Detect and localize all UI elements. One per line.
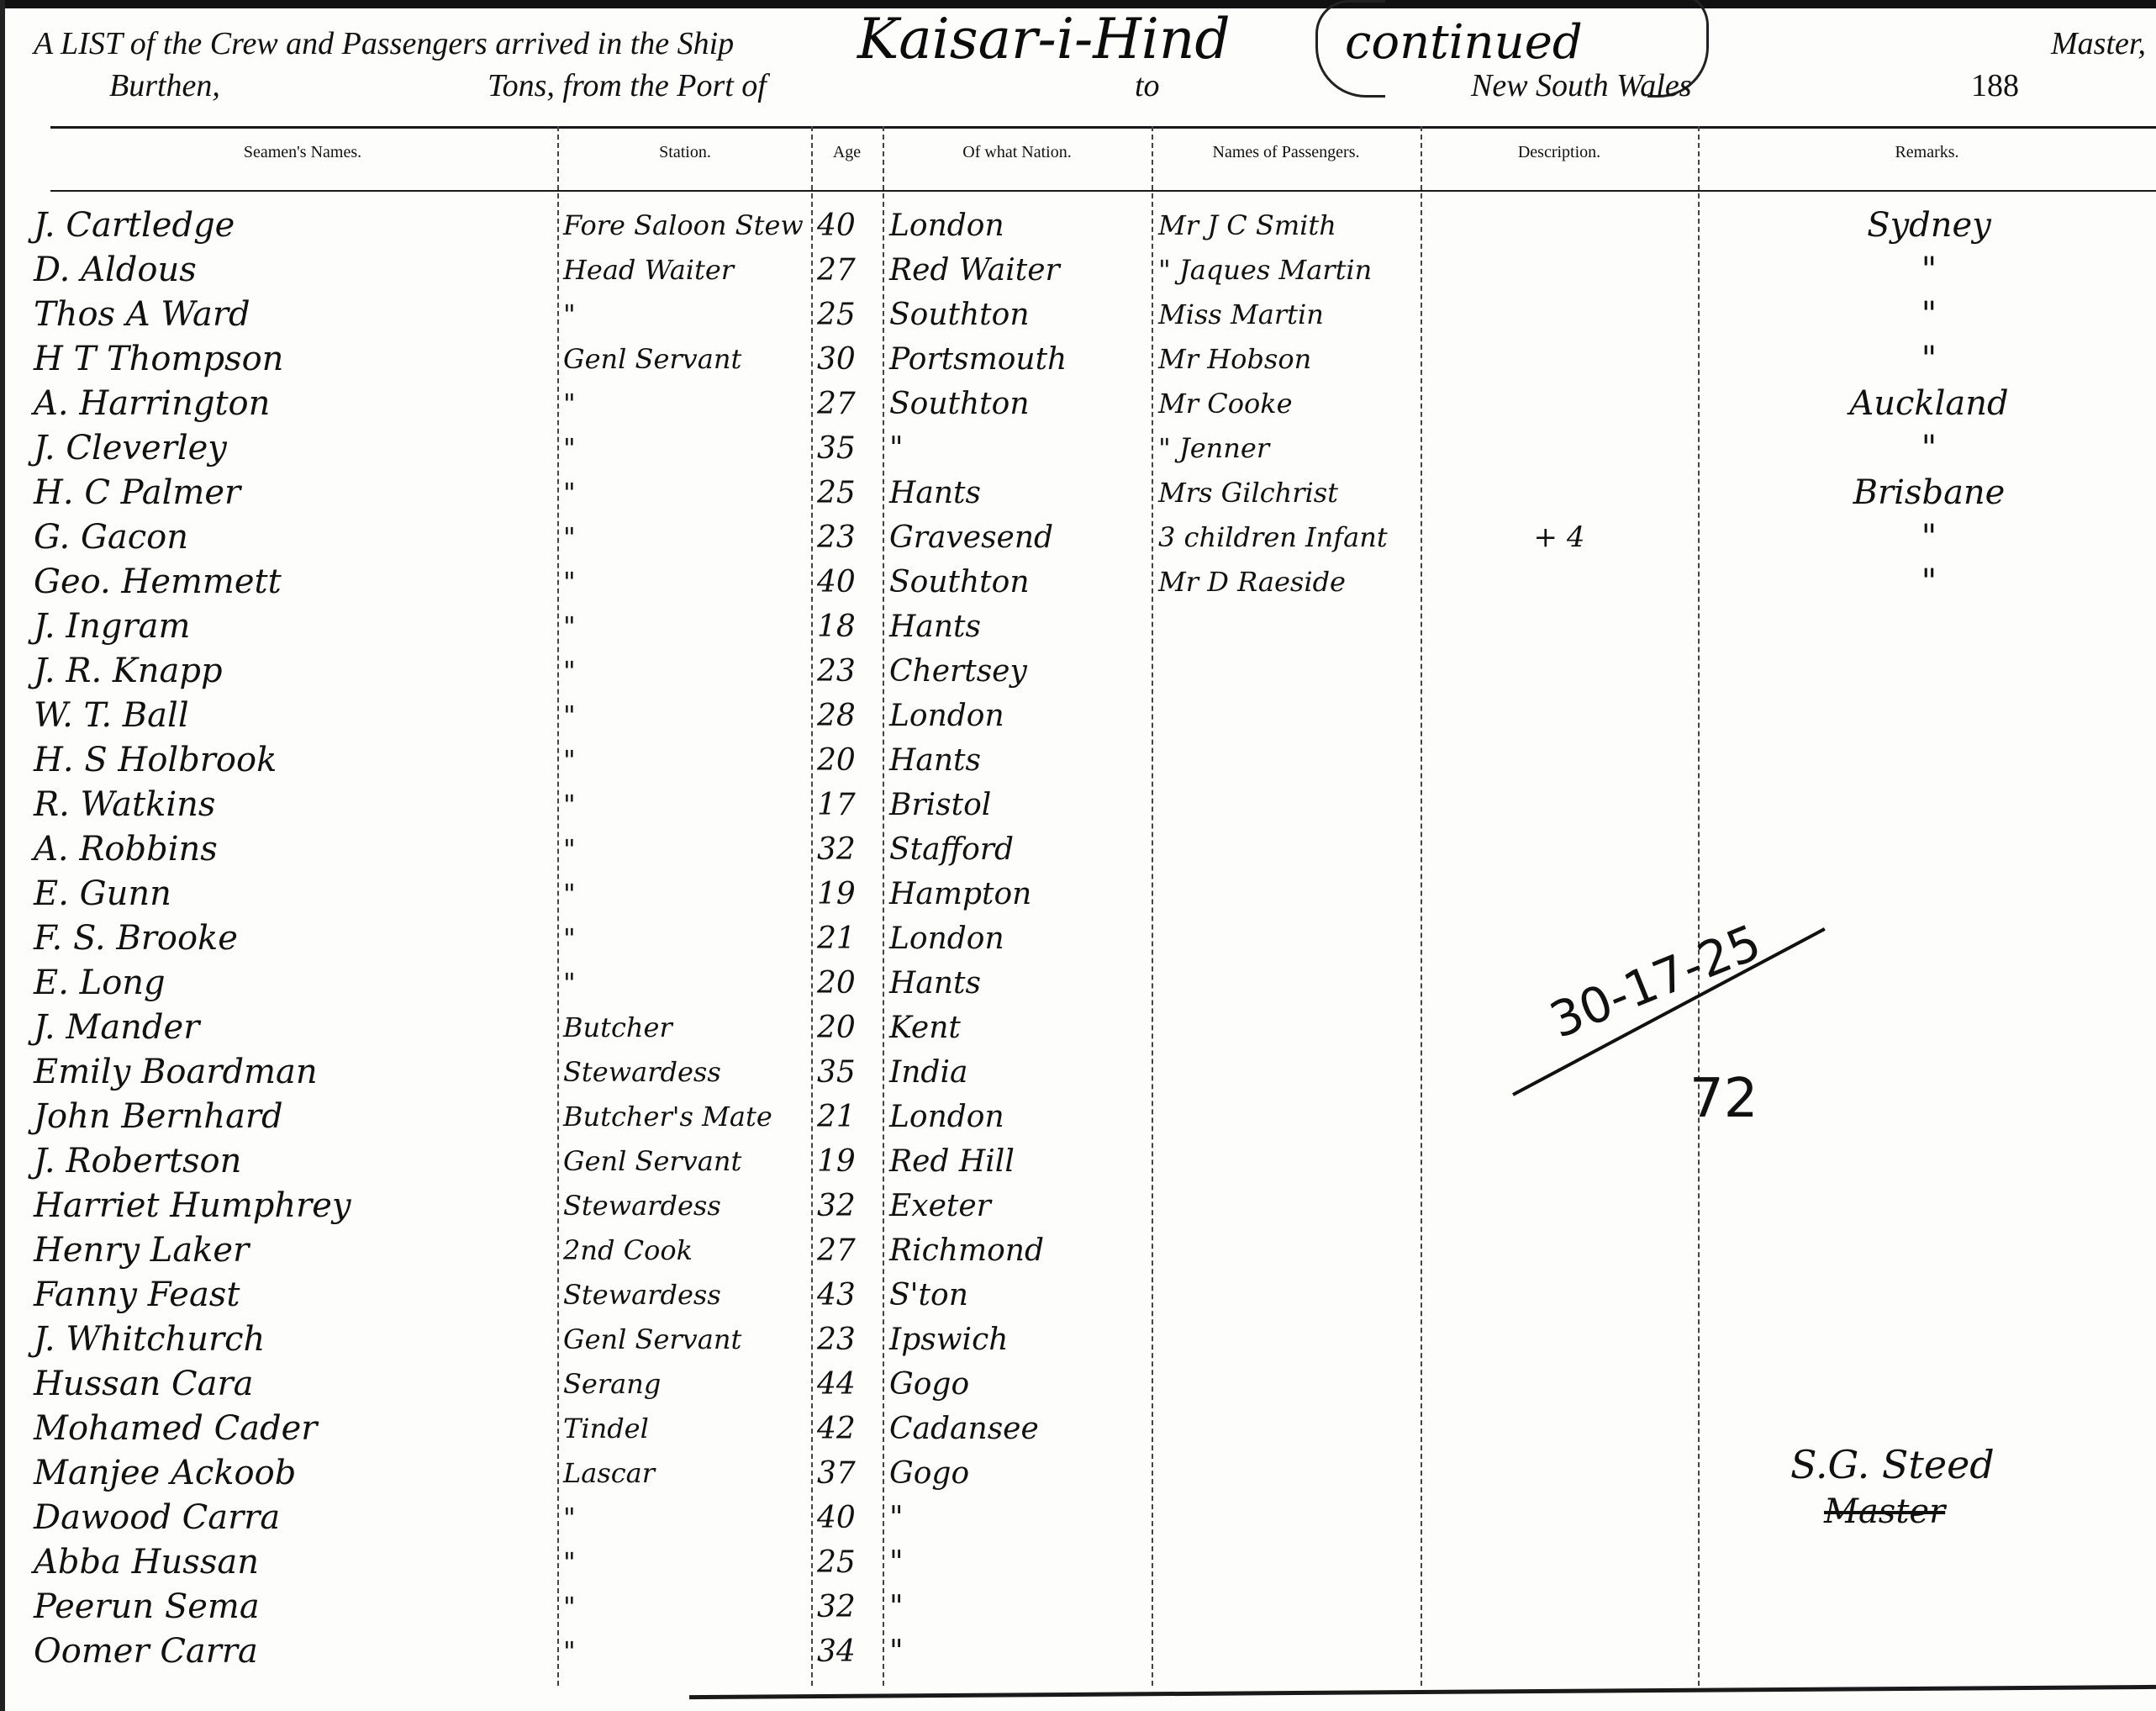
age-cell: 32: [817, 1184, 880, 1228]
description-cell: [1429, 605, 1689, 649]
passenger-name-cell: [1158, 1184, 1419, 1228]
ship-note: continued: [1345, 15, 1583, 70]
tons-label: Tons, from the Port of: [488, 67, 767, 104]
seaman-name-cell: J. Whitchurch: [34, 1318, 546, 1362]
description-cell: [1429, 872, 1689, 916]
passenger-name-cell: [1158, 1318, 1419, 1362]
station-cell: Lascar: [563, 1451, 807, 1496]
station-cell: ": [563, 1585, 807, 1629]
description-cell: + 4: [1429, 515, 1689, 560]
description-cell: [1429, 1184, 1689, 1228]
age-cell: 42: [817, 1407, 880, 1451]
year-prefix: 188: [1971, 67, 2019, 104]
col-age: Age: [811, 143, 883, 162]
age-cell: 17: [817, 783, 880, 827]
bottom-rule: [689, 1685, 2156, 1699]
passenger-name-cell: [1158, 1362, 1419, 1407]
passenger-name-cell: [1158, 694, 1419, 738]
col-description: Description.: [1421, 143, 1698, 162]
seaman-name-cell: E. Long: [34, 961, 546, 1006]
passenger-name-cell: Mr Cooke: [1158, 382, 1419, 426]
seaman-name-cell: Harriet Humphrey: [34, 1184, 546, 1228]
remarks-cell: [1706, 1184, 2152, 1228]
tally-total: 72: [1689, 1068, 1758, 1130]
description-cell: [1429, 560, 1689, 605]
age-cell: 25: [817, 1540, 880, 1585]
station-cell: Stewardess: [563, 1273, 807, 1318]
table-row: Henry Laker2nd Cook27Richmond: [0, 1228, 2156, 1273]
nation-cell: India: [889, 1050, 1150, 1095]
remarks-cell: Sydney: [1706, 203, 2152, 248]
passenger-name-cell: 3 children Infant: [1158, 515, 1419, 560]
remarks-cell: ": [1706, 248, 2152, 293]
passenger-name-cell: [1158, 1050, 1419, 1095]
description-cell: [1429, 426, 1689, 471]
list-title: A LIST of the Crew and Passengers arrive…: [34, 25, 734, 62]
station-cell: Serang: [563, 1362, 807, 1407]
seaman-name-cell: A. Robbins: [34, 827, 546, 872]
station-cell: ": [563, 783, 807, 827]
passenger-name-cell: [1158, 1407, 1419, 1451]
nation-cell: Cadansee: [889, 1407, 1150, 1451]
seaman-name-cell: Oomer Carra: [34, 1629, 546, 1674]
remarks-cell: ": [1706, 293, 2152, 337]
remarks-cell: [1706, 1006, 2152, 1050]
station-cell: Stewardess: [563, 1184, 807, 1228]
header-rule: [50, 126, 2156, 129]
nation-cell: Red Waiter: [889, 248, 1150, 293]
age-cell: 32: [817, 1585, 880, 1629]
station-cell: ": [563, 961, 807, 1006]
passenger-name-cell: Mrs Gilchrist: [1158, 471, 1419, 515]
seaman-name-cell: J. Ingram: [34, 605, 546, 649]
table-row: G. Gacon"23Gravesend3 children Infant+ 4…: [0, 515, 2156, 560]
to-label: to: [1135, 67, 1160, 104]
description-cell: [1429, 1407, 1689, 1451]
burthen-label: Burthen,: [109, 67, 220, 104]
table-row: Fanny FeastStewardess43S'ton: [0, 1273, 2156, 1318]
age-cell: 20: [817, 1006, 880, 1050]
age-cell: 43: [817, 1273, 880, 1318]
seaman-name-cell: D. Aldous: [34, 248, 546, 293]
nation-cell: London: [889, 1095, 1150, 1139]
nation-cell: ": [889, 1540, 1150, 1585]
table-row: J. R. Knapp"23Chertsey: [0, 649, 2156, 694]
passenger-name-cell: " Jaques Martin: [1158, 248, 1419, 293]
seaman-name-cell: Henry Laker: [34, 1228, 546, 1273]
seaman-name-cell: Fanny Feast: [34, 1273, 546, 1318]
age-cell: 44: [817, 1362, 880, 1407]
passenger-name-cell: Miss Martin: [1158, 293, 1419, 337]
nation-cell: ": [889, 1585, 1150, 1629]
description-cell: [1429, 1362, 1689, 1407]
remarks-cell: [1706, 738, 2152, 783]
seaman-name-cell: J. Robertson: [34, 1139, 546, 1184]
station-cell: ": [563, 1629, 807, 1674]
remarks-cell: [1706, 961, 2152, 1006]
seaman-name-cell: Thos A Ward: [34, 293, 546, 337]
remarks-cell: [1706, 827, 2152, 872]
age-cell: 23: [817, 1318, 880, 1362]
col-remarks: Remarks.: [1698, 143, 2156, 162]
remarks-cell: [1706, 1139, 2152, 1184]
station-cell: ": [563, 916, 807, 961]
passenger-name-cell: [1158, 1273, 1419, 1318]
age-cell: 21: [817, 916, 880, 961]
table-row: Peerun Sema"32": [0, 1585, 2156, 1629]
table-row: J. WhitchurchGenl Servant23Ipswich: [0, 1318, 2156, 1362]
table-row: F. S. Brooke"21London: [0, 916, 2156, 961]
col-station: Station.: [559, 143, 811, 162]
remarks-cell: [1706, 1228, 2152, 1273]
nation-cell: Gravesend: [889, 515, 1150, 560]
age-cell: 23: [817, 515, 880, 560]
description-cell: [1429, 783, 1689, 827]
remarks-cell: ": [1706, 560, 2152, 605]
nation-cell: Ipswich: [889, 1318, 1150, 1362]
seaman-name-cell: Mohamed Cader: [34, 1407, 546, 1451]
table-row: R. Watkins"17Bristol: [0, 783, 2156, 827]
seaman-name-cell: Geo. Hemmett: [34, 560, 546, 605]
station-cell: Genl Servant: [563, 1139, 807, 1184]
nation-cell: Kent: [889, 1006, 1150, 1050]
nation-cell: Gogo: [889, 1362, 1150, 1407]
table-row: Thos A Ward"25SouthtonMiss Martin": [0, 293, 2156, 337]
nation-cell: Gogo: [889, 1451, 1150, 1496]
nation-cell: Hants: [889, 738, 1150, 783]
remarks-cell: ": [1706, 337, 2152, 382]
age-cell: 27: [817, 382, 880, 426]
description-cell: [1429, 1095, 1689, 1139]
passenger-name-cell: [1158, 1228, 1419, 1273]
age-cell: 19: [817, 1139, 880, 1184]
table-row: Abba Hussan"25": [0, 1540, 2156, 1585]
seaman-name-cell: Manjee Ackoob: [34, 1451, 546, 1496]
age-cell: 27: [817, 248, 880, 293]
station-cell: ": [563, 560, 807, 605]
table-row: Emily BoardmanStewardess35India: [0, 1050, 2156, 1095]
table-row: E. Gunn"19Hampton: [0, 872, 2156, 916]
seaman-name-cell: Peerun Sema: [34, 1585, 546, 1629]
table-row: John BernhardButcher's Mate21London: [0, 1095, 2156, 1139]
nation-cell: Chertsey: [889, 649, 1150, 694]
description-cell: [1429, 1451, 1689, 1496]
ship-name: Kaisar-i-Hind: [857, 7, 1231, 71]
age-cell: 40: [817, 1496, 880, 1540]
passenger-name-cell: [1158, 605, 1419, 649]
table-row: Geo. Hemmett"40SouthtonMr D Raeside": [0, 560, 2156, 605]
passenger-name-cell: [1158, 872, 1419, 916]
description-cell: [1429, 382, 1689, 426]
remarks-cell: [1706, 1362, 2152, 1407]
table-row: E. Long"20Hants: [0, 961, 2156, 1006]
passenger-name-cell: Mr Hobson: [1158, 337, 1419, 382]
age-cell: 25: [817, 471, 880, 515]
description-cell: [1429, 1050, 1689, 1095]
station-cell: Head Waiter: [563, 248, 807, 293]
nation-cell: Southton: [889, 293, 1150, 337]
seaman-name-cell: W. T. Ball: [34, 694, 546, 738]
passenger-name-cell: [1158, 783, 1419, 827]
passenger-name-cell: [1158, 827, 1419, 872]
age-cell: 35: [817, 426, 880, 471]
col-seamen-names: Seamen's Names.: [50, 143, 555, 162]
description-cell: [1429, 1139, 1689, 1184]
description-cell: [1429, 1318, 1689, 1362]
nation-cell: Hampton: [889, 872, 1150, 916]
station-cell: ": [563, 293, 807, 337]
station-cell: Genl Servant: [563, 1318, 807, 1362]
station-cell: Fore Saloon Stew: [563, 203, 807, 248]
table-row: H T ThompsonGenl Servant30PortsmouthMr H…: [0, 337, 2156, 382]
age-cell: 25: [817, 293, 880, 337]
description-cell: [1429, 1629, 1689, 1674]
description-cell: [1429, 827, 1689, 872]
seaman-name-cell: Dawood Carra: [34, 1496, 546, 1540]
seaman-name-cell: F. S. Brooke: [34, 916, 546, 961]
seaman-name-cell: H. S Holbrook: [34, 738, 546, 783]
seaman-name-cell: Hussan Cara: [34, 1362, 546, 1407]
seaman-name-cell: G. Gacon: [34, 515, 546, 560]
nation-cell: London: [889, 916, 1150, 961]
station-cell: Butcher's Mate: [563, 1095, 807, 1139]
table-row: J. Ingram"18Hants: [0, 605, 2156, 649]
description-cell: [1429, 738, 1689, 783]
passenger-name-cell: [1158, 1496, 1419, 1540]
station-cell: ": [563, 382, 807, 426]
description-cell: [1429, 1585, 1689, 1629]
table-row: J. Cleverley"35"" Jenner": [0, 426, 2156, 471]
age-cell: 19: [817, 872, 880, 916]
age-cell: 35: [817, 1050, 880, 1095]
seaman-name-cell: J. Cartledge: [34, 203, 546, 248]
age-cell: 28: [817, 694, 880, 738]
description-cell: [1429, 1228, 1689, 1273]
seaman-name-cell: J. Mander: [34, 1006, 546, 1050]
passenger-name-cell: [1158, 1095, 1419, 1139]
table-row: Oomer Carra"34": [0, 1629, 2156, 1674]
remarks-cell: Brisbane: [1706, 471, 2152, 515]
nation-cell: Portsmouth: [889, 337, 1150, 382]
remarks-cell: [1706, 694, 2152, 738]
passenger-name-cell: [1158, 1006, 1419, 1050]
remarks-cell: [1706, 1273, 2152, 1318]
age-cell: 40: [817, 203, 880, 248]
seaman-name-cell: Emily Boardman: [34, 1050, 546, 1095]
nation-cell: Exeter: [889, 1184, 1150, 1228]
passenger-name-cell: [1158, 916, 1419, 961]
station-cell: ": [563, 649, 807, 694]
table-row: D. AldousHead Waiter27Red Waiter" Jaques…: [0, 248, 2156, 293]
table-row: J. RobertsonGenl Servant19Red Hill: [0, 1139, 2156, 1184]
description-cell: [1429, 203, 1689, 248]
station-cell: ": [563, 1496, 807, 1540]
table-row: Harriet HumphreyStewardess32Exeter: [0, 1184, 2156, 1228]
station-cell: Stewardess: [563, 1050, 807, 1095]
table-row: Hussan CaraSerang44Gogo: [0, 1362, 2156, 1407]
seaman-name-cell: H T Thompson: [34, 337, 546, 382]
remarks-cell: ": [1706, 426, 2152, 471]
remarks-cell: [1706, 783, 2152, 827]
nation-cell: ": [889, 1629, 1150, 1674]
station-cell: ": [563, 426, 807, 471]
table-row: J. CartledgeFore Saloon Stew40LondonMr J…: [0, 203, 2156, 248]
column-head-rule: [50, 190, 2156, 192]
table-row: H. S Holbrook"20Hants: [0, 738, 2156, 783]
seaman-name-cell: J. R. Knapp: [34, 649, 546, 694]
age-cell: 40: [817, 560, 880, 605]
description-cell: [1429, 1496, 1689, 1540]
description-cell: [1429, 471, 1689, 515]
master-signature: S.G. Steed: [1790, 1442, 1995, 1487]
nation-cell: Stafford: [889, 827, 1150, 872]
station-cell: ": [563, 694, 807, 738]
table-row: J. ManderButcher20Kent: [0, 1006, 2156, 1050]
nation-cell: London: [889, 694, 1150, 738]
table-row: A. Robbins"32Stafford: [0, 827, 2156, 872]
station-cell: 2nd Cook: [563, 1228, 807, 1273]
station-cell: ": [563, 738, 807, 783]
seaman-name-cell: R. Watkins: [34, 783, 546, 827]
passenger-name-cell: [1158, 649, 1419, 694]
station-cell: ": [563, 515, 807, 560]
seaman-name-cell: John Bernhard: [34, 1095, 546, 1139]
station-cell: ": [563, 471, 807, 515]
passenger-name-cell: Mr J C Smith: [1158, 203, 1419, 248]
station-cell: Butcher: [563, 1006, 807, 1050]
table-row: A. Harrington"27SouthtonMr CookeAuckland: [0, 382, 2156, 426]
age-cell: 32: [817, 827, 880, 872]
nation-cell: Hants: [889, 471, 1150, 515]
station-cell: ": [563, 1540, 807, 1585]
station-cell: Tindel: [563, 1407, 807, 1451]
nation-cell: Southton: [889, 560, 1150, 605]
age-cell: 30: [817, 337, 880, 382]
nation-cell: ": [889, 426, 1150, 471]
remarks-cell: [1706, 649, 2152, 694]
nation-cell: Hants: [889, 605, 1150, 649]
col-passengers: Names of Passengers.: [1152, 143, 1421, 162]
description-cell: [1429, 649, 1689, 694]
destination: New South Wales: [1471, 67, 1692, 104]
description-cell: [1429, 1540, 1689, 1585]
remarks-cell: [1706, 1585, 2152, 1629]
description-cell: [1429, 248, 1689, 293]
nation-cell: Hants: [889, 961, 1150, 1006]
passenger-name-cell: [1158, 1139, 1419, 1184]
table-row: H. C Palmer"25HantsMrs GilchristBrisbane: [0, 471, 2156, 515]
nation-cell: Bristol: [889, 783, 1150, 827]
seaman-name-cell: A. Harrington: [34, 382, 546, 426]
age-cell: 34: [817, 1629, 880, 1674]
description-cell: [1429, 293, 1689, 337]
nation-cell: ": [889, 1496, 1150, 1540]
description-cell: [1429, 337, 1689, 382]
nation-cell: S'ton: [889, 1273, 1150, 1318]
passenger-name-cell: [1158, 1540, 1419, 1585]
master-signature-title: Master: [1824, 1492, 1945, 1531]
passenger-name-cell: " Jenner: [1158, 426, 1419, 471]
remarks-cell: [1706, 872, 2152, 916]
passenger-name-cell: Mr D Raeside: [1158, 560, 1419, 605]
description-cell: [1429, 694, 1689, 738]
age-cell: 37: [817, 1451, 880, 1496]
remarks-cell: [1706, 1540, 2152, 1585]
age-cell: 18: [817, 605, 880, 649]
station-cell: ": [563, 872, 807, 916]
age-cell: 23: [817, 649, 880, 694]
nation-cell: Richmond: [889, 1228, 1150, 1273]
nation-cell: Red Hill: [889, 1139, 1150, 1184]
age-cell: 27: [817, 1228, 880, 1273]
passenger-name-cell: [1158, 738, 1419, 783]
age-cell: 20: [817, 738, 880, 783]
remarks-cell: [1706, 1629, 2152, 1674]
table-row: W. T. Ball"28London: [0, 694, 2156, 738]
age-cell: 20: [817, 961, 880, 1006]
seaman-name-cell: E. Gunn: [34, 872, 546, 916]
col-nation: Of what Nation.: [883, 143, 1152, 162]
seaman-name-cell: Abba Hussan: [34, 1540, 546, 1585]
station-cell: ": [563, 827, 807, 872]
station-cell: Genl Servant: [563, 337, 807, 382]
seaman-name-cell: H. C Palmer: [34, 471, 546, 515]
nation-cell: Southton: [889, 382, 1150, 426]
description-cell: [1429, 1273, 1689, 1318]
remarks-cell: Auckland: [1706, 382, 2152, 426]
manifest-page: A LIST of the Crew and Passengers arrive…: [0, 0, 2156, 1711]
nation-cell: London: [889, 203, 1150, 248]
station-cell: ": [563, 605, 807, 649]
remarks-cell: ": [1706, 515, 2152, 560]
passenger-name-cell: [1158, 961, 1419, 1006]
remarks-cell: [1706, 1095, 2152, 1139]
remarks-cell: [1706, 1050, 2152, 1095]
passenger-name-cell: [1158, 1451, 1419, 1496]
remarks-cell: [1706, 1318, 2152, 1362]
remarks-cell: [1706, 605, 2152, 649]
master-label: Master,: [2051, 25, 2146, 62]
passenger-name-cell: [1158, 1629, 1419, 1674]
seaman-name-cell: J. Cleverley: [34, 426, 546, 471]
age-cell: 21: [817, 1095, 880, 1139]
passenger-name-cell: [1158, 1585, 1419, 1629]
